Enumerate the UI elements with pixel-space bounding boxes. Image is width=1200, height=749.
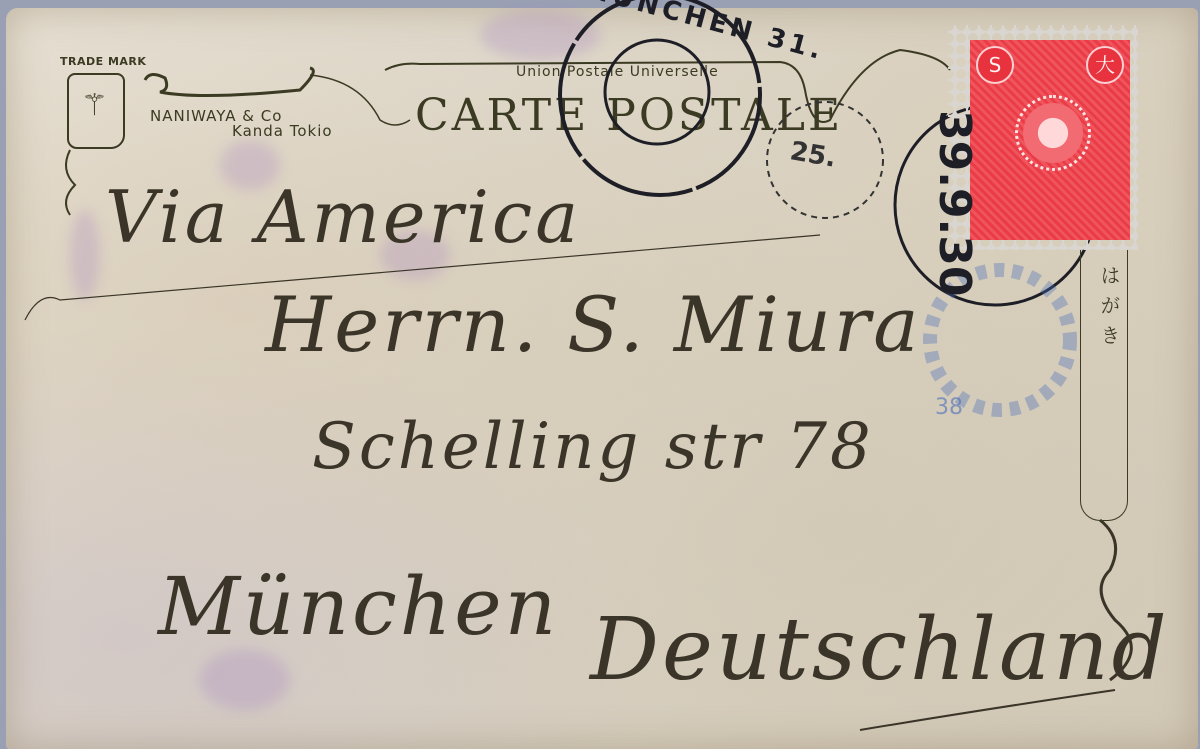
street-address: Schelling str 78	[312, 410, 874, 484]
vertical-japanese-label: はがき	[1095, 265, 1124, 355]
blue-pencil-note: 38	[935, 395, 963, 420]
japan-postmark-date: 39.9.30	[929, 110, 980, 297]
city: München	[158, 560, 559, 653]
stamp-value-icon: S	[976, 46, 1014, 84]
routing-note: Via America	[105, 175, 581, 259]
japanese-stamp: S 大	[970, 40, 1130, 240]
country: Deutschland	[590, 600, 1170, 700]
recipient-name: Herrn. S. Miura	[265, 280, 922, 369]
chrysanthemum-icon	[1015, 95, 1091, 171]
stamp-country-icon: 大	[1086, 46, 1124, 84]
